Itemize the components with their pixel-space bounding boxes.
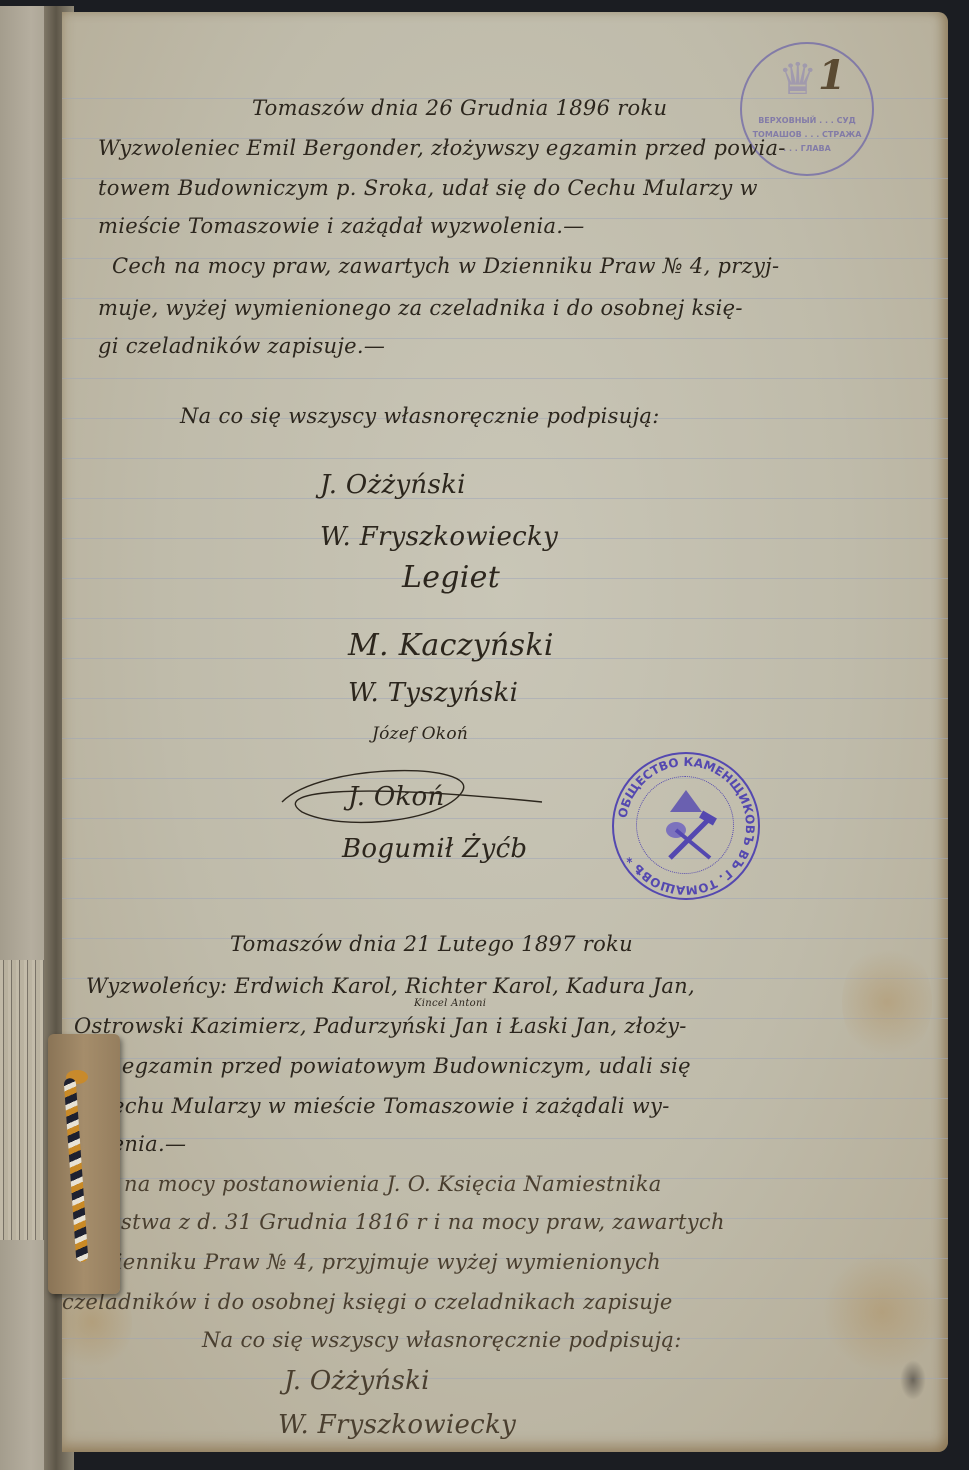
- ruled-line: [62, 458, 948, 459]
- entry2-line: Królestwa z d. 31 Grudnia 1816 r i na mo…: [62, 1210, 725, 1234]
- signature: Legiet: [402, 560, 500, 595]
- entry1-line: gi czeladników zapisuje.—: [98, 334, 385, 358]
- ruled-line: [62, 618, 948, 619]
- stamp-text: ВЕРХОВНЫЙ . . . СУД: [742, 116, 872, 125]
- signature: J. Ożżyński: [284, 1366, 430, 1396]
- entry2-heading: Tomaszów dnia 21 Lutego 1897 roku: [230, 932, 633, 956]
- entry2-line: do Cechu Mularzy w mieście Tomaszowie i …: [62, 1094, 670, 1118]
- entry2-line: Wyzwoleńcy: Erdwich Karol, Richter Karol…: [86, 974, 695, 998]
- signature: Bogumił Żyćb: [342, 834, 527, 864]
- signature: J. Ożżyński: [320, 470, 466, 500]
- signature-flourish: [262, 752, 562, 832]
- cardboard-tag: [48, 1034, 120, 1294]
- entry2-line: w Dzienniku Praw № 4, przyjmuje wyżej wy…: [62, 1250, 661, 1274]
- water-stain: [842, 942, 932, 1062]
- ruled-line: [62, 1138, 948, 1139]
- entry2-line: Cech na mocy postanowienia J. O. Księcia…: [62, 1172, 662, 1196]
- ruled-line: [62, 1378, 948, 1379]
- signature: W. Fryszkowiecky: [320, 522, 558, 552]
- entry2-closing: Na co się wszyscy własnoręcznie podpisuj…: [202, 1328, 682, 1352]
- entry1-line: Cech na mocy praw, zawartych w Dzienniku…: [112, 254, 779, 278]
- svg-text:ОБЩЕСТВО КАМЕНЩИКОВЪ ВЪ Г. ТОМ: ОБЩЕСТВО КАМЕНЩИКОВЪ ВЪ Г. ТОМАШОВѢ *: [615, 755, 757, 897]
- twisted-cord: [64, 1078, 89, 1262]
- mason-tools-icon: ОБЩЕСТВО КАМЕНЩИКОВЪ ВЪ Г. ТОМАШОВѢ *: [614, 754, 758, 898]
- ruled-line: [62, 378, 948, 379]
- ruled-line: [62, 738, 948, 739]
- ruled-line: [62, 498, 948, 499]
- signature: Józef Okoń: [372, 724, 468, 744]
- interlinear-note: Kincel Antoni: [414, 998, 486, 1009]
- signature: M. Kaczyński: [348, 628, 554, 663]
- entry1-line: mieście Tomaszowie i zażądał wyzwolenia.…: [98, 214, 585, 238]
- entry1-heading: Tomaszów dnia 26 Grudnia 1896 roku: [252, 96, 667, 120]
- page-number: 1: [818, 52, 846, 99]
- guild-stamp: ОБЩЕСТВО КАМЕНЩИКОВЪ ВЪ Г. ТОМАШОВѢ *: [612, 752, 760, 900]
- ink-smudge: [900, 1360, 926, 1400]
- eagle-emblem-icon: ♛: [778, 54, 817, 105]
- entry1-line: muje, wyżej wymienionego za czeladnika i…: [98, 296, 743, 320]
- entry2-line: Ostrowski Kazimierz, Padurzyński Jan i Ł…: [74, 1014, 687, 1038]
- entry1-closing: Na co się wszyscy własnoręcznie podpisuj…: [180, 404, 660, 428]
- signature: W. Tyszyński: [348, 678, 518, 708]
- ledger-page: ♛ ВЕРХОВНЫЙ . . . СУД ТОМАШОВ . . . СТРА…: [62, 12, 948, 1452]
- ruled-line: [62, 578, 948, 579]
- signature: W. Fryszkowiecky: [278, 1410, 516, 1440]
- ruled-line: [62, 898, 948, 899]
- entry2-line: czeladników i do osobnej księgi o czelad…: [62, 1290, 673, 1314]
- entry1-line: towem Budowniczym p. Sroka, udał się do …: [98, 176, 758, 200]
- entry2-line: wszy egzamin przed powiatowym Budowniczy…: [62, 1054, 691, 1078]
- entry1-line: Wyzwoleniec Emil Bergonder, złożywszy eg…: [98, 136, 786, 160]
- water-stain: [822, 1252, 942, 1372]
